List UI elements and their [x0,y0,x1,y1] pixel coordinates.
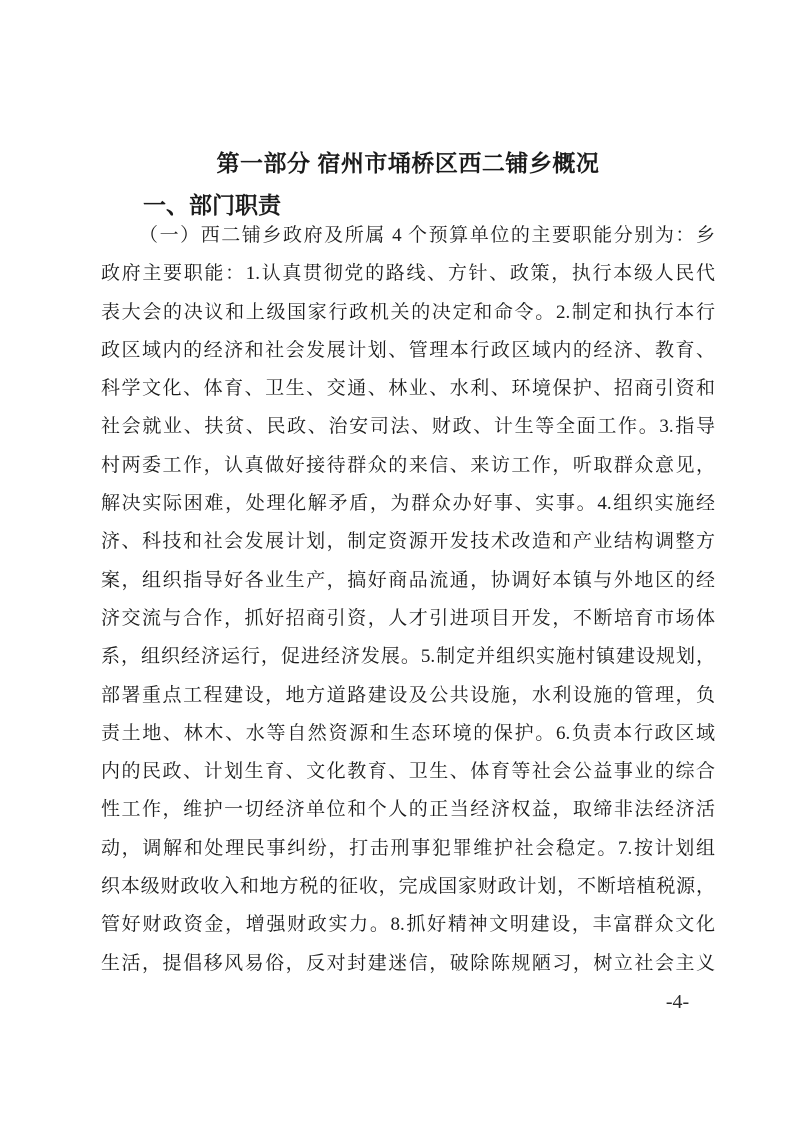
text-line: 政区域内的经济和社会发展计划、管理本行政区域内的经济、教育、 [101,332,715,370]
text-line: 织本级财政收入和地方税的征收，完成国家财政计划，不断培植税源， [101,868,715,906]
text-line: 性工作，维护一切经济单位和个人的正当经济权益，取缔非法经济活 [101,791,715,829]
text-line: 案，组织指导好各业生产，搞好商品流通，协调好本镇与外地区的经 [101,562,715,600]
text-line: 责土地、林木、水等自然资源和生态环境的保护。6.负责本行政区域 [101,715,715,753]
text-line: 济、科技和社会发展计划，制定资源开发技术改造和产业结构调整方 [101,523,715,561]
text-line: 动，调解和处理民事纠纷，打击刑事犯罪维护社会稳定。7.按计划组 [101,830,715,868]
text-line: 村两委工作，认真做好接待群众的来信、来访工作，听取群众意见， [101,447,715,485]
text-line: 济交流与合作，抓好招商引资，人才引进项目开发，不断培育市场体 [101,600,715,638]
text-line: 社会就业、扶贫、民政、治安司法、财政、计生等全面工作。3.指导 [101,408,715,446]
body-paragraph: （一）西二铺乡政府及所属 4 个预算单位的主要职能分别为：乡政府主要职能：1.认… [101,217,715,983]
document-page: 第一部分 宿州市埇桥区西二铺乡概况 一、部门职责 （一）西二铺乡政府及所属 4 … [0,0,793,1122]
part-title: 第一部分 宿州市埇桥区西二铺乡概况 [101,148,715,178]
section-heading: 一、部门职责 [143,190,281,220]
text-line: 系，组织经济运行，促进经济发展。5.制定并组织实施村镇建设规划， [101,638,715,676]
text-line: 表大会的决议和上级国家行政机关的决定和命令。2.制定和执行本行 [101,294,715,332]
text-line: 政府主要职能：1.认真贯彻党的路线、方针、政策，执行本级人民代 [101,255,715,293]
text-line: （一）西二铺乡政府及所属 4 个预算单位的主要职能分别为：乡 [101,217,715,255]
text-line: 科学文化、体育、卫生、交通、林业、水利、环境保护、招商引资和 [101,370,715,408]
page-number: -4- [640,990,715,1014]
text-line: 部署重点工程建设，地方道路建设及公共设施，水利设施的管理，负 [101,677,715,715]
text-line: 解决实际困难，处理化解矛盾，为群众办好事、实事。4.组织实施经 [101,485,715,523]
text-line: 管好财政资金，增强财政实力。8.抓好精神文明建设，丰富群众文化 [101,906,715,944]
text-line: 内的民政、计划生育、文化教育、卫生、体育等社会公益事业的综合 [101,753,715,791]
text-line: 生活，提倡移风易俗，反对封建迷信，破除陈规陋习，树立社会主义 [101,945,715,983]
